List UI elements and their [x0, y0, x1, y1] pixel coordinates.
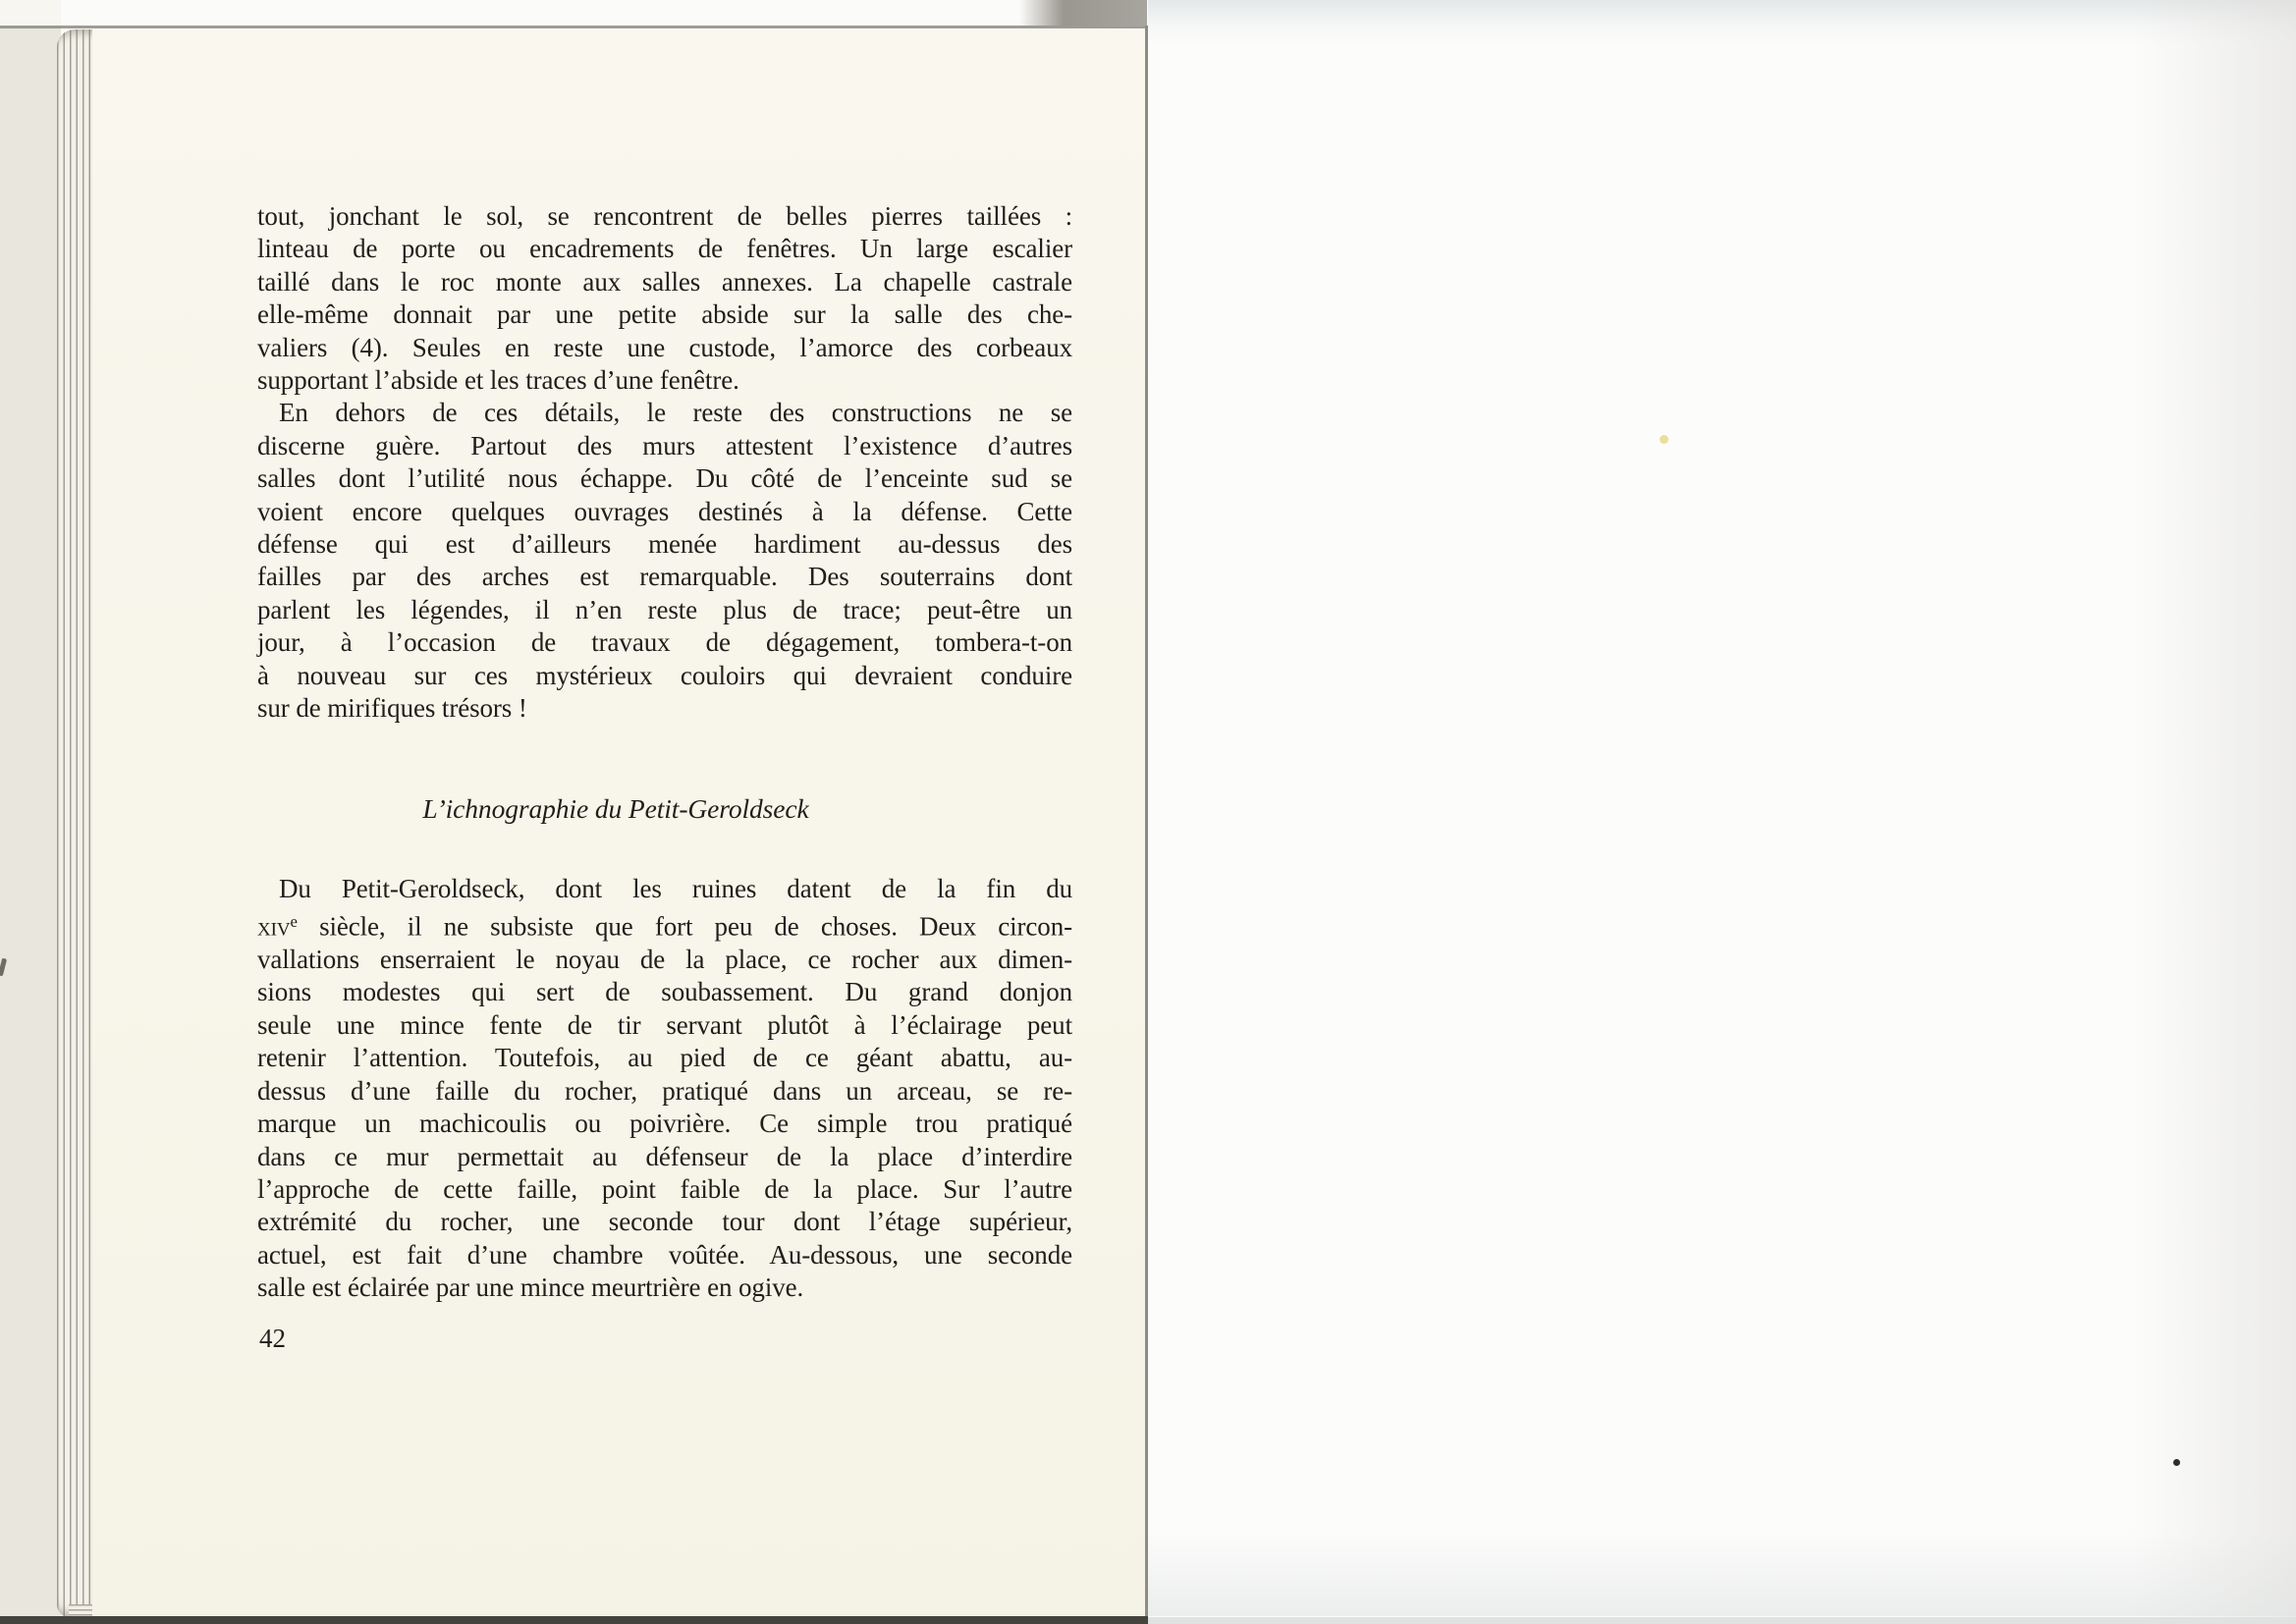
facing-blank-page [1148, 0, 2296, 1624]
text-line: vallations enserraient le noyau de la pl… [257, 944, 1072, 976]
text-line: salles dont l’utilité nous échappe. Du c… [257, 462, 1072, 495]
text-line: à nouveau sur ces mystérieux couloirs qu… [257, 660, 1072, 692]
text-block: tout, jonchant le sol, se rencontrent de… [257, 200, 1072, 1305]
text-line: salle est éclairée par une mince meurtri… [257, 1272, 1072, 1304]
text-line: dessus d’une faille du rocher, pratiqué … [257, 1075, 1072, 1108]
scanned-book-spread: tout, jonchant le sol, se rencontrent de… [0, 0, 2296, 1624]
roman-numeral: xiv [257, 912, 290, 942]
bottom-scan-shadow-light [1148, 1617, 2296, 1624]
text-line: actuel, est fait d’une chambre voûtée. A… [257, 1239, 1072, 1272]
scan-background-left [0, 0, 61, 1624]
text-line: discerne guère. Partout des murs atteste… [257, 430, 1072, 462]
text-line: extrémité du rocher, une seconde tour do… [257, 1206, 1072, 1238]
text-line: elle-même donnait par une petite abside … [257, 298, 1072, 331]
text-line: supportant l’abside et les traces d’une … [257, 364, 1072, 397]
body-paragraph-1: tout, jonchant le sol, se rencontrent de… [257, 200, 1072, 397]
facing-page-top-shade [1148, 0, 2296, 44]
dust-speck [1660, 435, 1668, 444]
scan-background-left-top [0, 0, 61, 27]
text-line-rest: siècle, il ne subsiste que fort peu de c… [298, 912, 1072, 942]
text-line: linteau de porte ou encadrements de fenê… [257, 233, 1072, 265]
bottom-scan-shadow [0, 1616, 1148, 1624]
facing-page-bottom-shade [1148, 1532, 2296, 1616]
text-line: failles par des arches est remarquable. … [257, 561, 1072, 593]
facing-page-right-shade [2131, 0, 2296, 1624]
text-line: sions modestes qui sert de soubassement.… [257, 976, 1072, 1008]
text-line: xive siècle, il ne subsiste que fort peu… [257, 905, 1072, 944]
text-line: parlent les légendes, il n’en reste plus… [257, 594, 1072, 626]
body-paragraph-3: Du Petit-Geroldseck, dont les ruines dat… [257, 873, 1072, 1305]
text-line: sur de mirifiques trésors ! [257, 692, 1072, 725]
superscript-e: e [290, 912, 297, 931]
text-line: taillé dans le roc monte aux salles anne… [257, 266, 1072, 298]
text-line: dans ce mur permettait au défenseur de l… [257, 1141, 1072, 1173]
text-line: tout, jonchant le sol, se rencontrent de… [257, 200, 1072, 233]
text-line: voient encore quelques ouvrages destinés… [257, 496, 1072, 528]
text-line: l’approche de cette faille, point faible… [257, 1173, 1072, 1206]
page-top-edge-shadow [0, 26, 1148, 28]
page-top-corner-shadow [1019, 0, 1147, 27]
text-line: marque un machicoulis ou poivrière. Ce s… [257, 1108, 1072, 1140]
ink-speck [2173, 1459, 2180, 1466]
text-line: défense qui est d’ailleurs menée hardime… [257, 528, 1072, 561]
text-line: En dehors de ces détails, le reste des c… [257, 397, 1072, 429]
text-line: jour, à l’occasion de travaux de dégagem… [257, 626, 1072, 659]
text-line: valiers (4). Seules en reste une custode… [257, 332, 1072, 364]
text-line: seule une mince fente de tir servant plu… [257, 1009, 1072, 1042]
page-number: 42 [259, 1324, 286, 1354]
page-edge-stack [57, 29, 94, 1618]
body-paragraph-2: En dehors de ces détails, le reste des c… [257, 397, 1072, 725]
section-heading: L’ichnographie du Petit-Geroldseck [257, 792, 1072, 825]
text-line: retenir l’attention. Toutefois, au pied … [257, 1042, 1072, 1074]
text-line: Du Petit-Geroldseck, dont les ruines dat… [257, 873, 1072, 905]
